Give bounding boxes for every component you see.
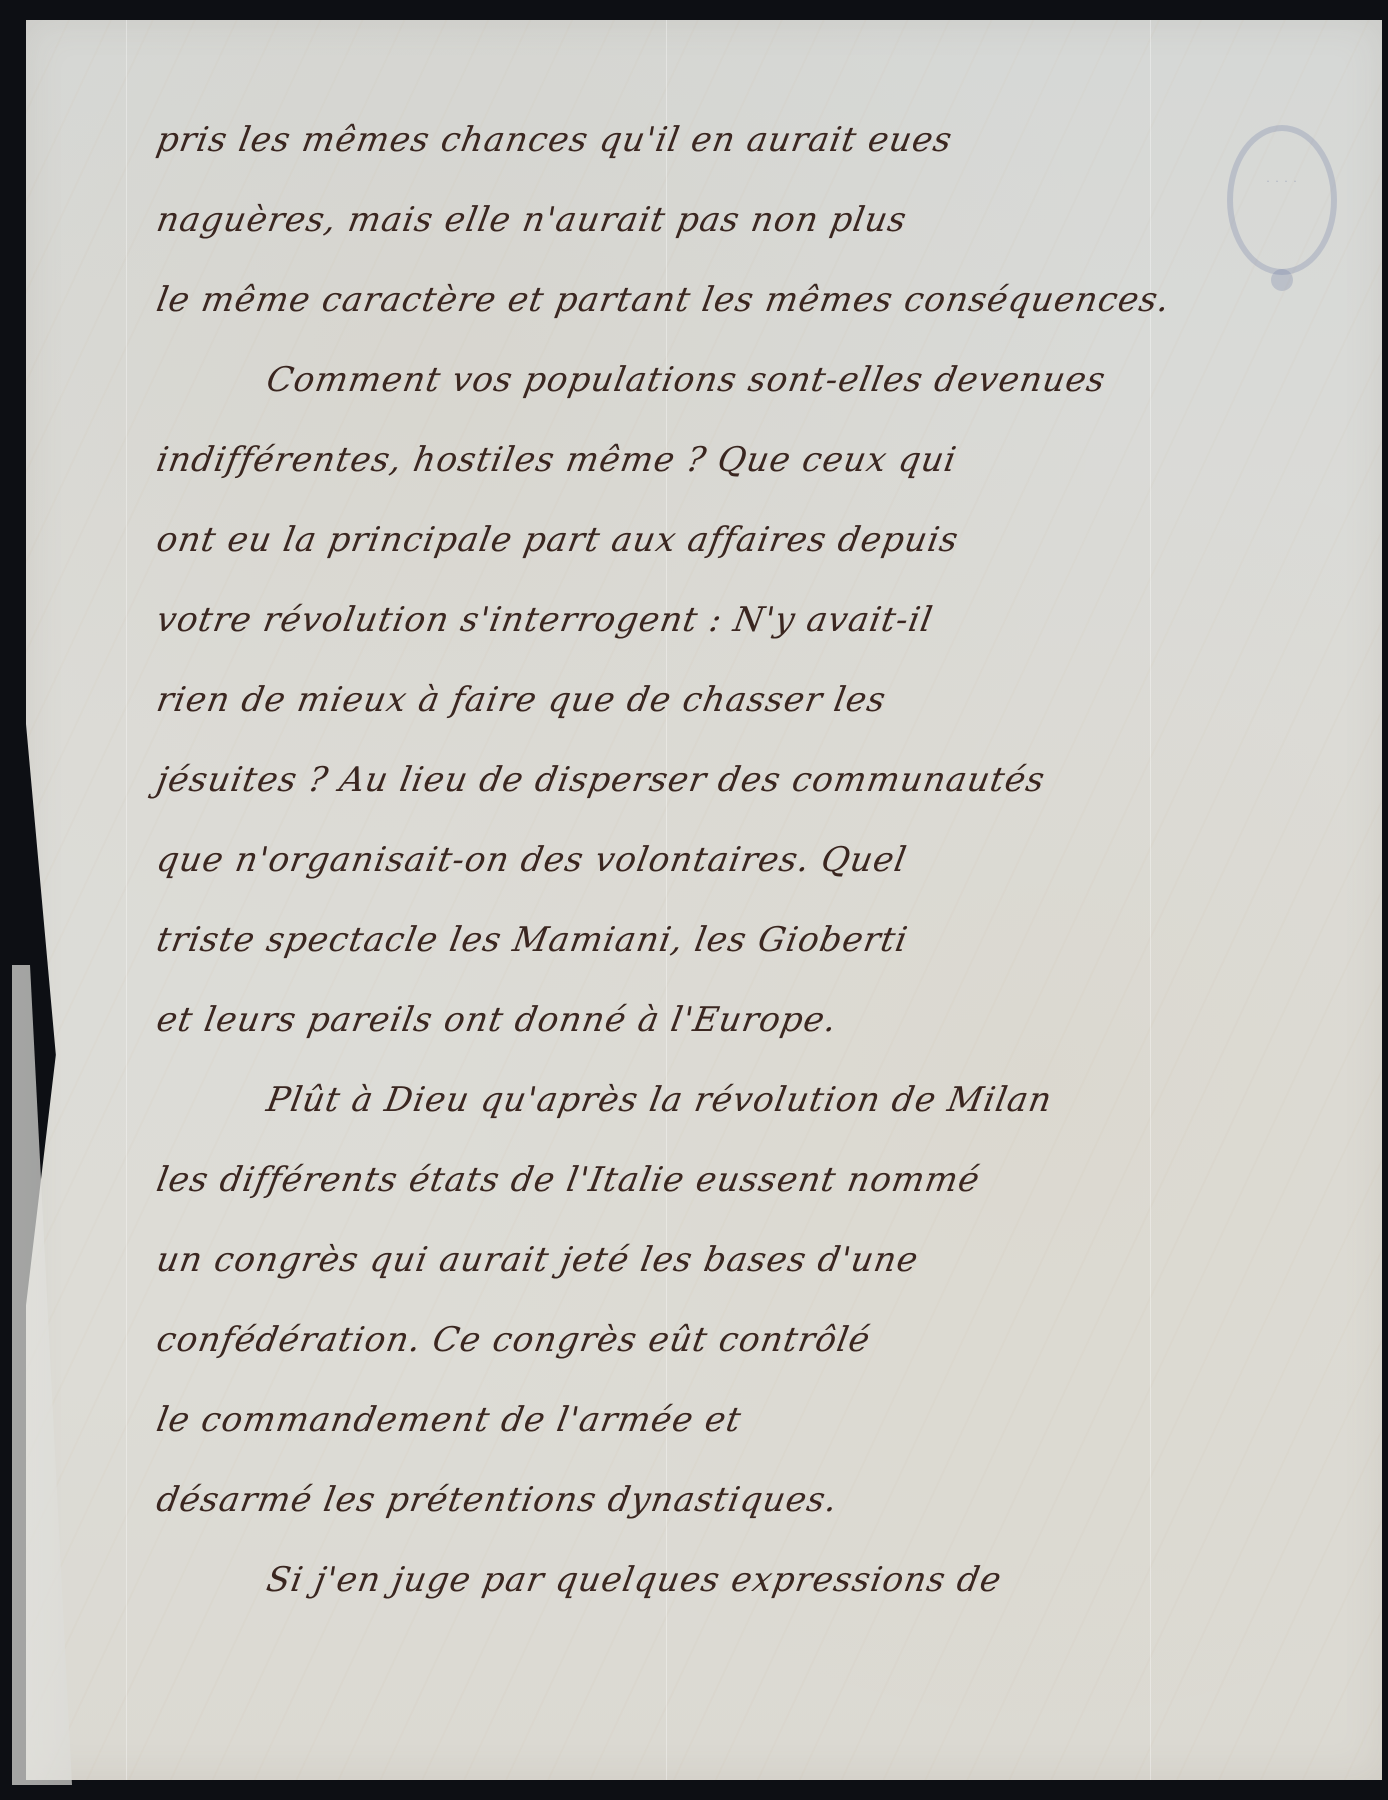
text-line: triste spectacle les Mamiani, les Giober…: [150, 900, 1374, 980]
text-line: indifférentes, hostiles même ? Que ceux …: [150, 420, 1374, 500]
text-line-paragraph-start: Si j'en juge par quelques expressions de: [150, 1540, 1374, 1620]
paper-fold-line: [126, 20, 127, 1780]
text-line: votre révolution s'interrogent : N'y ava…: [150, 580, 1374, 660]
text-line: jésuites ? Au lieu de disperser des comm…: [150, 740, 1374, 820]
text-line-paragraph-start: Plût à Dieu qu'après la révolution de Mi…: [150, 1060, 1374, 1140]
text-line: désarmé les prétentions dynastiques.: [150, 1460, 1374, 1540]
text-line: ont eu la principale part aux affaires d…: [150, 500, 1374, 580]
text-line: pris les mêmes chances qu'il en aurait e…: [150, 100, 1374, 180]
text-line: naguères, mais elle n'aurait pas non plu…: [150, 180, 1374, 260]
handwritten-text-block: pris les mêmes chances qu'il en aurait e…: [150, 100, 1360, 1620]
text-line: le commandement de l'armée et: [150, 1380, 1374, 1460]
text-line: confédération. Ce congrès eût contrôlé: [150, 1300, 1374, 1380]
text-line: que n'organisait-on des volontaires. Que…: [150, 820, 1374, 900]
text-line: rien de mieux à faire que de chasser les: [150, 660, 1374, 740]
text-line-paragraph-start: Comment vos populations sont-elles deven…: [150, 340, 1374, 420]
text-line: un congrès qui aurait jeté les bases d'u…: [150, 1220, 1374, 1300]
text-line: et leurs pareils ont donné à l'Europe.: [150, 980, 1374, 1060]
text-line: les différents états de l'Italie eussent…: [150, 1140, 1374, 1220]
text-line: le même caractère et partant les mêmes c…: [150, 260, 1374, 340]
